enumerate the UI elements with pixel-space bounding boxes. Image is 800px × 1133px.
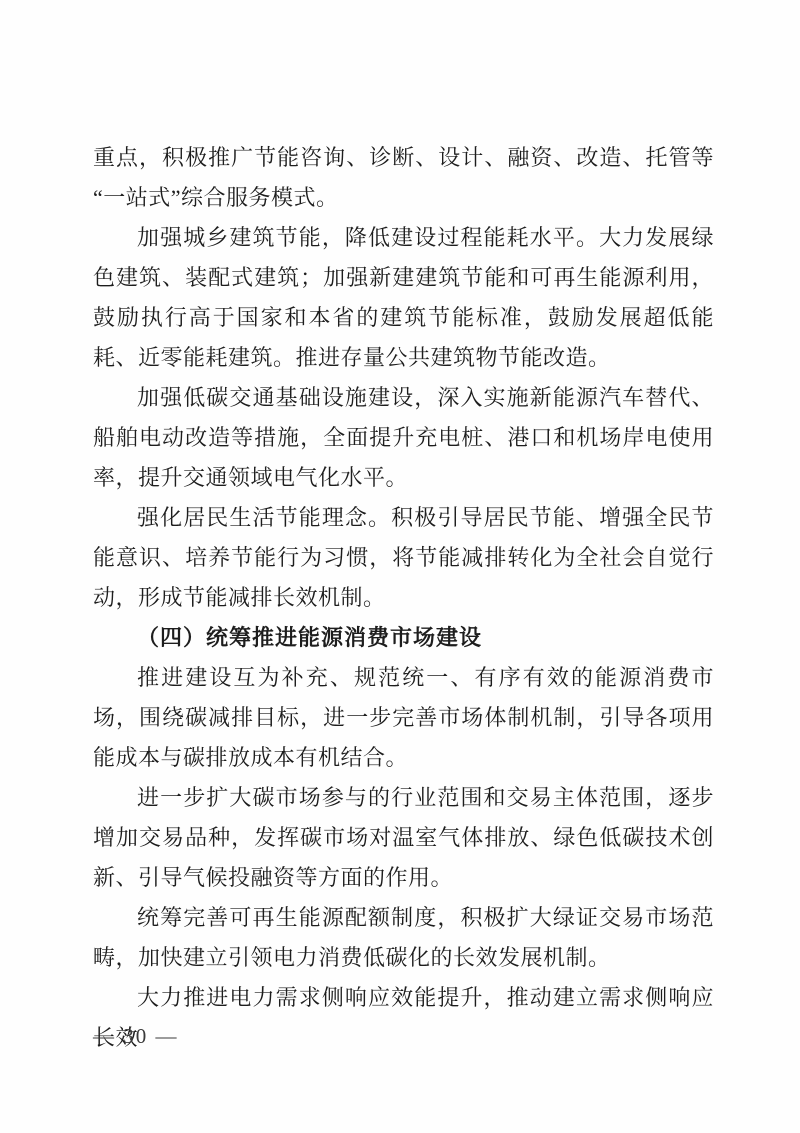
paragraph-continuation: 重点，积极推广节能咨询、诊断、设计、融资、改造、托管等“一站式”综合服务模式。 xyxy=(93,138,714,218)
paragraph: 加强城乡建筑节能，降低建设过程能耗水平。大力发展绿色建筑、装配式建筑；加强新建建… xyxy=(93,218,714,378)
paragraph: 强化居民生活节能理念。积极引导居民节能、增强全民节能意识、培养节能行为习惯，将节… xyxy=(93,498,714,618)
paragraph: 推进建设互为补充、规范统一、有序有效的能源消费市场，围绕碳减排目标，进一步完善市… xyxy=(93,658,714,778)
document-page: 重点，积极推广节能咨询、诊断、设计、融资、改造、托管等“一站式”综合服务模式。 … xyxy=(0,0,800,1133)
page-footer: — 30 — xyxy=(93,1022,179,1050)
page-number: — 30 — xyxy=(93,1024,179,1048)
page-content: 重点，积极推广节能咨询、诊断、设计、融资、改造、托管等“一站式”综合服务模式。 … xyxy=(93,138,714,1058)
section-heading: （四）统筹推进能源消费市场建设 xyxy=(93,618,714,658)
paragraph: 统筹完善可再生能源配额制度，积极扩大绿证交易市场范畴，加快建立引领电力消费低碳化… xyxy=(93,898,714,978)
paragraph: 加强低碳交通基础设施建设，深入实施新能源汽车替代、船舶电动改造等措施，全面提升充… xyxy=(93,378,714,498)
paragraph: 进一步扩大碳市场参与的行业范围和交易主体范围，逐步增加交易品种，发挥碳市场对温室… xyxy=(93,778,714,898)
paragraph: 大力推进电力需求侧响应效能提升，推动建立需求侧响应长效 xyxy=(93,978,714,1058)
